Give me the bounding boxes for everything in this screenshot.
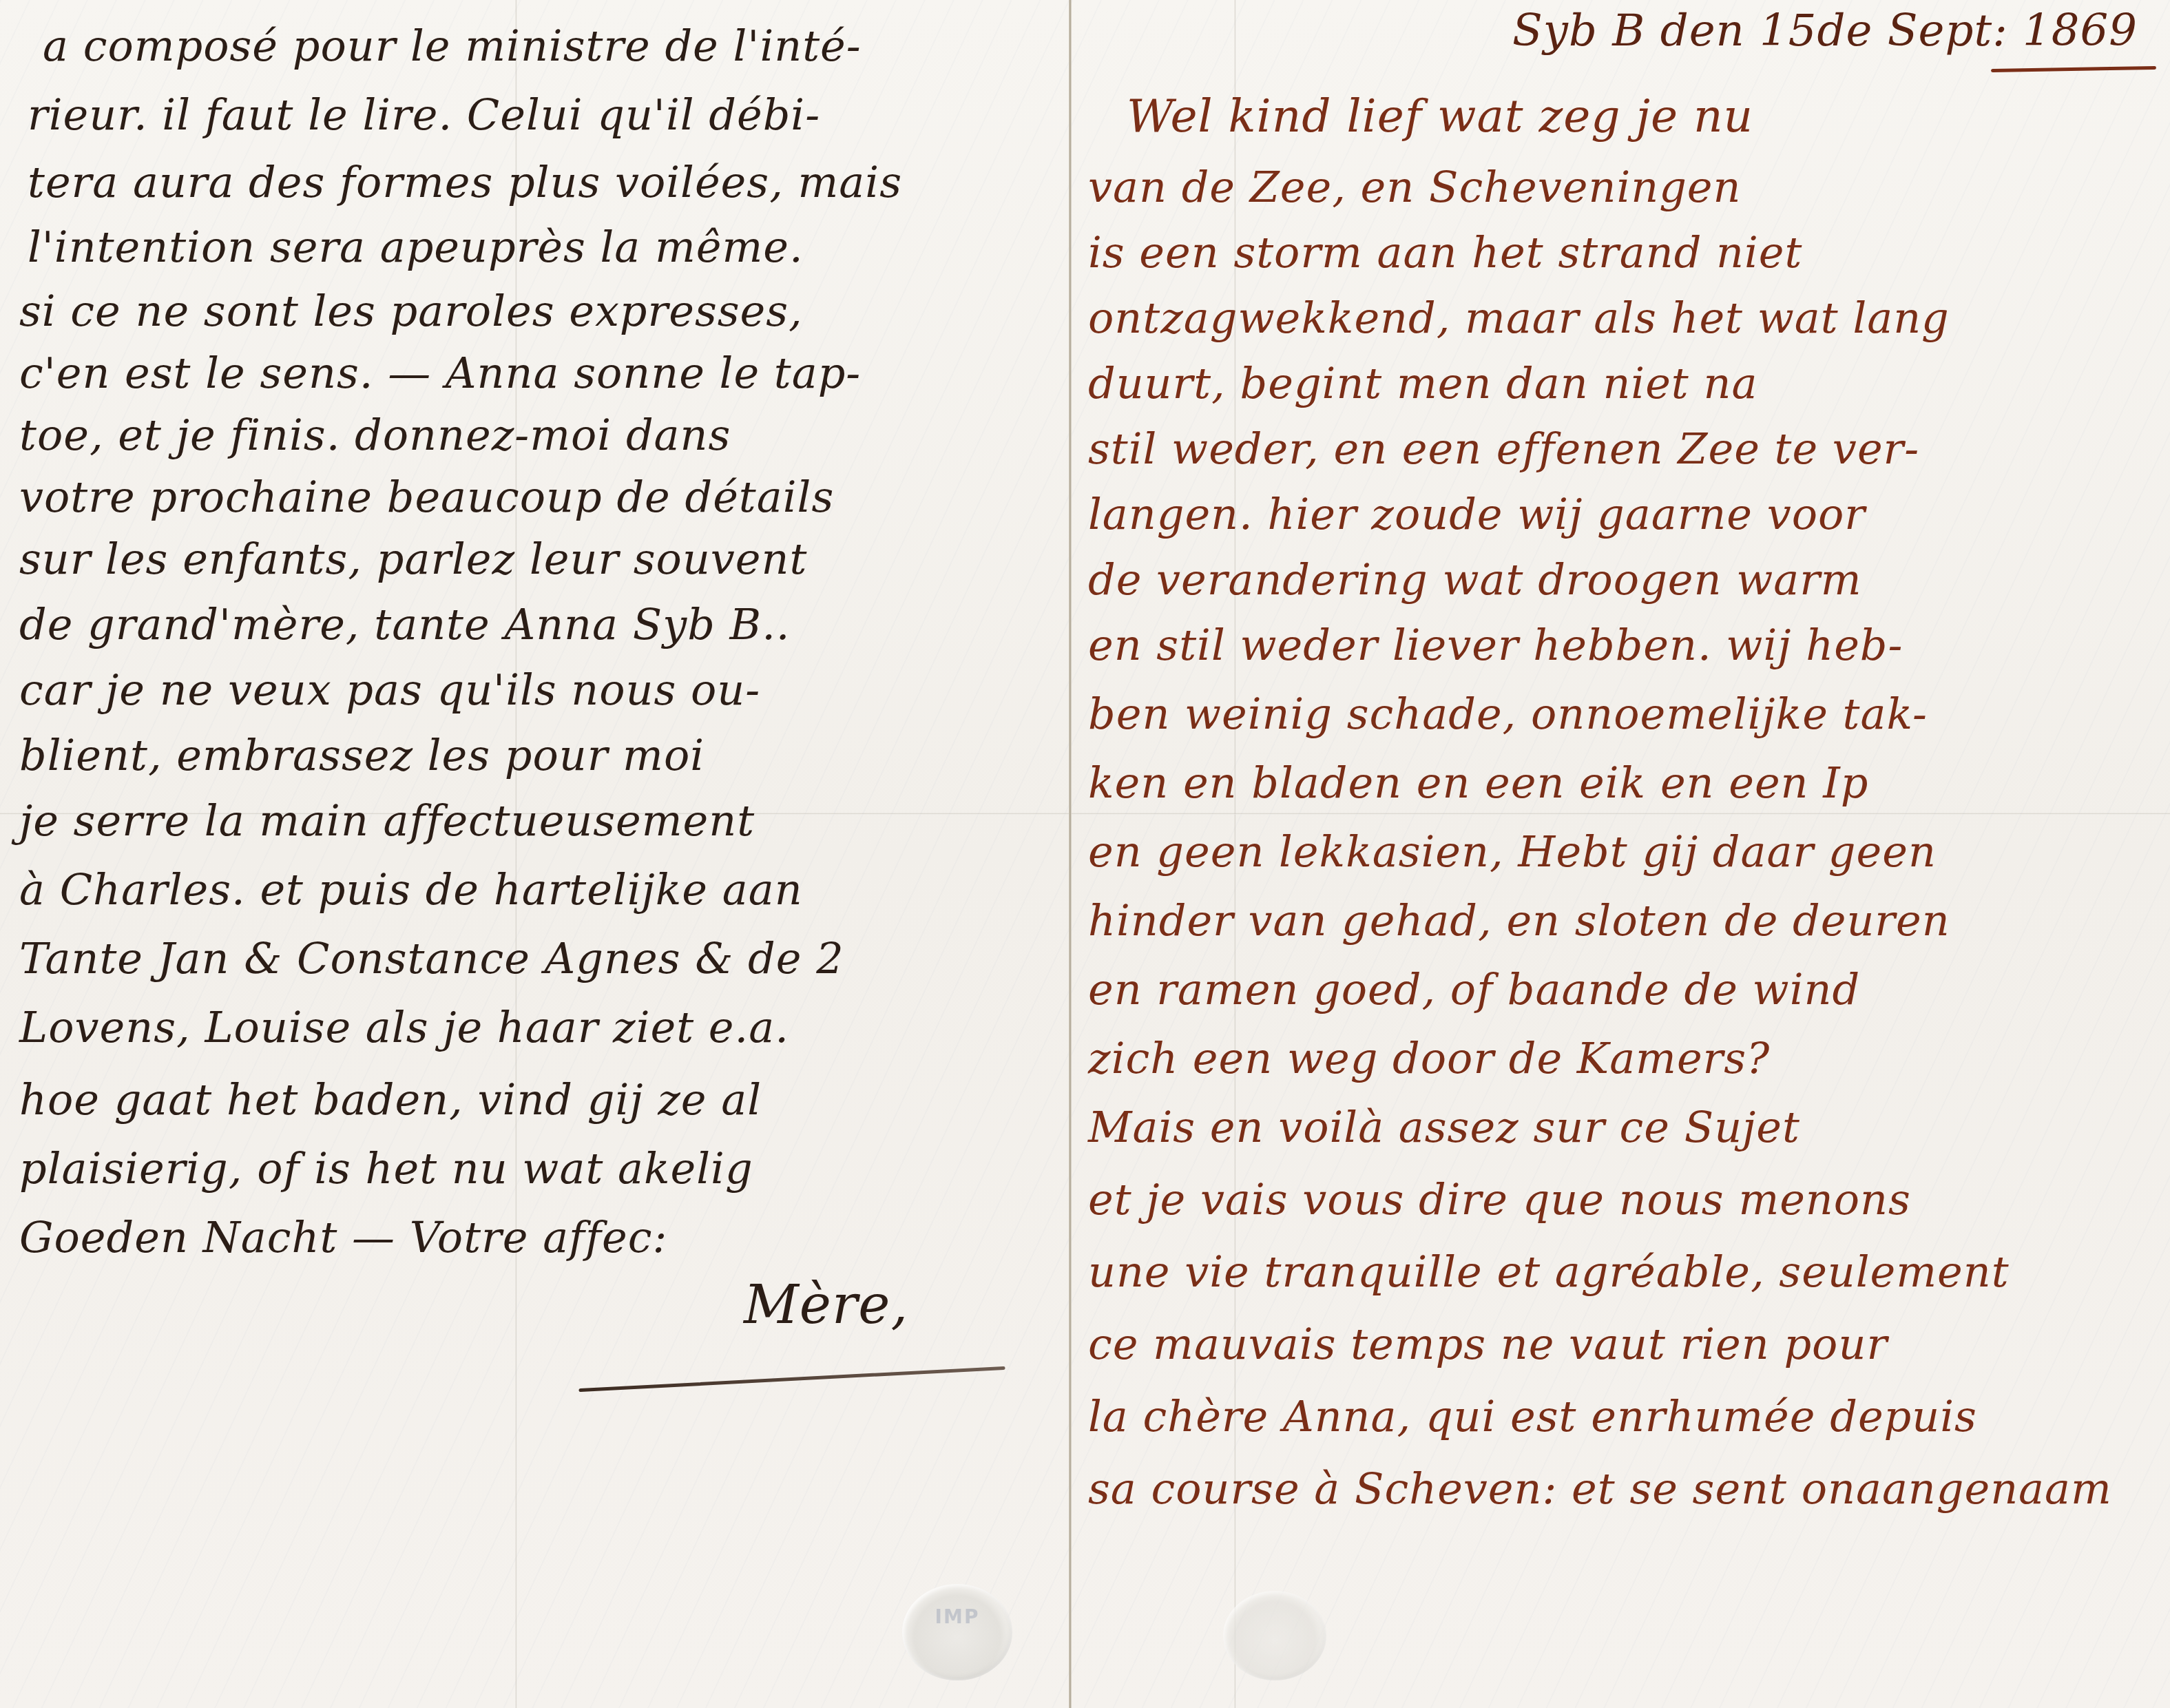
letter-line: Lovens, Louise als je haar ziet e.a.: [19, 1002, 789, 1052]
letter-line: stil weder, en een effenen Zee te ver-: [1088, 424, 1919, 474]
letter-line: ken en bladen en een eik en een Ip: [1088, 758, 1868, 808]
letter-line: plaisierig, of is het nu wat akelig: [19, 1143, 753, 1194]
letter-line: duurt, begint men dan niet na: [1088, 358, 1757, 408]
letter-line: hinder van gehad, en sloten de deuren: [1088, 895, 1950, 946]
letter-line: Tante Jan & Constance Agnes & de 2: [19, 933, 844, 983]
signature-flourish: [578, 1366, 1005, 1392]
letter-line: ontzagwekkend, maar als het wat lang: [1088, 293, 1950, 343]
letter-line: langen. hier zoude wij gaarne voor: [1088, 489, 1866, 539]
letter-line: tera aura des formes plus voilées, mais: [28, 157, 902, 207]
letter-line: sa course à Scheven: et se sent onaangen…: [1088, 1464, 2112, 1514]
letter-line: à Charles. et puis de hartelijke aan: [19, 864, 803, 915]
embossed-stamp: IMP: [902, 1584, 1012, 1680]
letter-line: Goeden Nacht — Votre affec:: [19, 1212, 667, 1262]
letter-line: Wel kind lief wat zeg je nu: [1127, 90, 1753, 143]
embossed-stamp: [1223, 1591, 1326, 1680]
letter-line: zich een weg door de Kamers?: [1088, 1033, 1770, 1083]
letter-line: sur les enfants, parlez leur souvent: [19, 534, 807, 584]
letter-line: et je vais vous dire que nous menons: [1088, 1174, 1911, 1225]
letter-line: Mais en voilà assez sur ce Sujet: [1088, 1102, 1800, 1152]
letter-line: une vie tranquille et agréable, seulemen…: [1088, 1247, 2010, 1297]
letter-line: de verandering wat droogen warm: [1088, 554, 1862, 605]
letter-line: van de Zee, en Scheveningen: [1088, 162, 1741, 212]
letter-line: a composé pour le ministre de l'inté-: [43, 21, 862, 71]
letter-line: je serre la main affectueusement: [19, 795, 755, 846]
letter-page-right: Syb B den 15de Sept: 1869 Wel kind lief …: [1072, 0, 2170, 1708]
paper-fold-horizontal: [1072, 813, 2170, 815]
letter-line: si ce ne sont les paroles expresses,: [19, 286, 803, 336]
letter-line: car je ne veux pas qu'ils nous ou-: [19, 665, 760, 715]
letter-line: en ramen goed, of baande de wind: [1088, 964, 1860, 1014]
letter-line: en geen lekkasien, Hebt gij daar geen: [1088, 826, 1937, 877]
embossed-stamp-text: IMP: [902, 1605, 1012, 1628]
letter-line: ben weinig schade, onnoemelijke tak-: [1088, 689, 1928, 739]
letter-line: en stil weder liever hebben. wij heb-: [1088, 620, 1903, 670]
date-underline: [1991, 66, 2156, 72]
letter-line: ce mauvais temps ne vaut rien pour: [1088, 1319, 1888, 1369]
letter-line: la chère Anna, qui est enrhumée depuis: [1088, 1391, 1977, 1441]
letter-line: is een storm aan het strand niet: [1088, 227, 1802, 278]
letter-line: de grand'mère, tante Anna Syb B..: [19, 599, 791, 649]
letter-line: rieur. il faut le lire. Celui qu'il débi…: [28, 90, 820, 140]
letter-line: toe, et je finis. donnez-moi dans: [19, 410, 731, 460]
letter-line: c'en est le sens. — Anna sonne le tap-: [19, 348, 861, 398]
letter-date: Syb B den 15de Sept: 1869: [1512, 6, 2138, 56]
letter-line: blient, embrassez les pour moi: [19, 730, 705, 780]
letter-line: l'intention sera apeuprès la même.: [28, 222, 804, 272]
letter-line: votre prochaine beaucoup de détails: [19, 472, 834, 522]
signature: Mère,: [744, 1274, 908, 1336]
letter-page-left: a composé pour le ministre de l'inté- ri…: [0, 0, 1069, 1708]
letter-line: hoe gaat het baden, vind gij ze al: [19, 1074, 762, 1125]
